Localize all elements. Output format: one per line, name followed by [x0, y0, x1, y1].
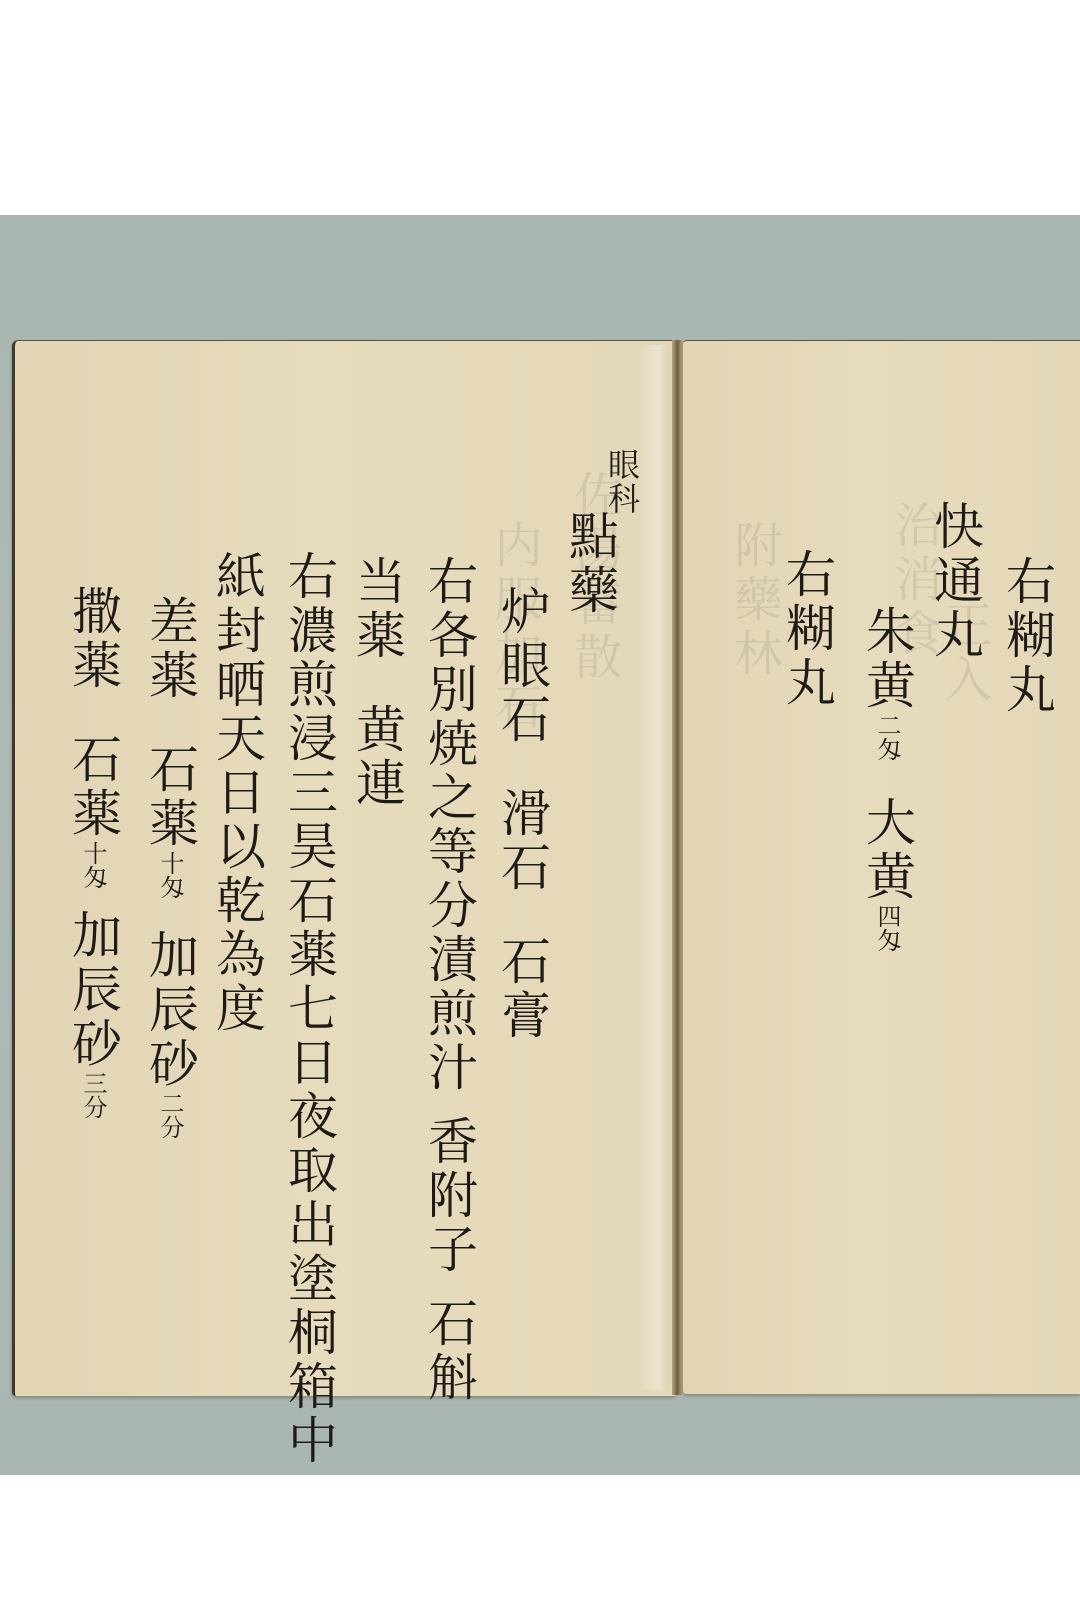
text-column: 快通丸 — [930, 500, 980, 662]
text-column: 朱黄二匁大黄四匁 — [862, 605, 912, 952]
medicine-name: 差薬 — [141, 595, 199, 703]
ingredient-text: 加辰砂 — [141, 929, 199, 1091]
instruction-text: 右糊丸 — [778, 548, 836, 710]
text-column: 右糊丸 — [782, 548, 832, 710]
medicine-name: 快通丸 — [926, 500, 984, 662]
dosage-note: 三分 — [79, 1071, 107, 1119]
section-label: 眼科 — [606, 448, 638, 516]
ingredient-text: 当薬 — [348, 555, 406, 663]
ingredient-text: 朱黄 — [858, 605, 916, 713]
ingredient-text: 加辰砂 — [64, 909, 122, 1071]
text-column: 右各別焼之等分漬煎汁香附子石斛 — [424, 555, 474, 1405]
ingredient-text: 滑石 — [493, 787, 551, 895]
ingredient-text: 石膏 — [493, 935, 551, 1043]
ingredient-text: 大黄 — [858, 796, 916, 904]
ingredient-text: 石薬 — [141, 743, 199, 851]
book-spine-gutter — [672, 340, 683, 1395]
ingredient-text: 炉眼石 — [493, 585, 551, 747]
instruction-text: 紙封晒天日以乾為度 — [208, 550, 266, 1036]
page-fold — [640, 345, 670, 1390]
dosage-note: 二匁 — [873, 713, 901, 761]
ingredient-text: 石斛 — [420, 1297, 478, 1405]
instruction-text: 右濃煎浸三昊石薬七日夜取出塗桐箱中 — [280, 550, 338, 1468]
section-title: 點藥 — [565, 510, 615, 618]
ingredient-text: 黄連 — [348, 703, 406, 811]
text-column: 撒薬石薬十匁加辰砂三分 — [68, 585, 118, 1119]
text-column: 当薬黄連 — [352, 555, 402, 811]
dosage-note: 十匁 — [156, 851, 184, 899]
section-title-text: 點藥 — [561, 510, 619, 618]
text-column: 炉眼石滑石石膏 — [497, 585, 547, 1043]
instruction-text: 右糊丸 — [998, 555, 1056, 717]
text-column: 右糊丸 — [1002, 555, 1052, 717]
section-label-text: 眼科 — [603, 448, 641, 516]
text-column: 差薬石薬十匁加辰砂二分 — [145, 595, 195, 1139]
medicine-name: 撒薬 — [64, 585, 122, 693]
text-column: 紙封晒天日以乾為度 — [212, 550, 262, 1036]
dosage-note: 四匁 — [873, 904, 901, 952]
ingredient-text: 石薬 — [64, 733, 122, 841]
dosage-note: 十匁 — [79, 841, 107, 889]
ingredient-text: 香附子 — [420, 1115, 478, 1277]
dosage-note: 二分 — [156, 1091, 184, 1139]
instruction-text: 右各別焼之等分漬煎汁 — [420, 555, 478, 1095]
text-column: 右濃煎浸三昊石薬七日夜取出塗桐箱中 — [284, 550, 334, 1468]
